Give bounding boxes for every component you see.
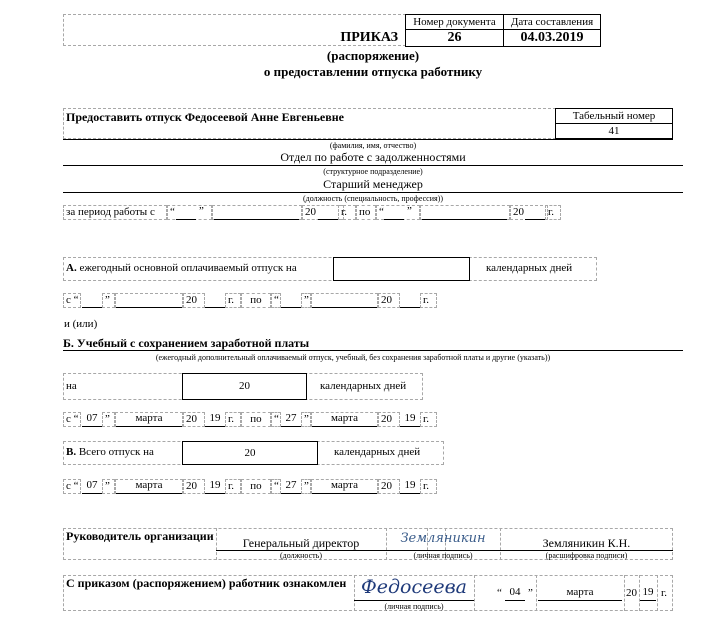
year-suffix: г. [338, 205, 356, 220]
quote-close: ” [102, 293, 115, 308]
section-b-on-label: на [66, 380, 77, 392]
year-suffix: г. [225, 412, 241, 427]
subtitle-order: (распоряжение) [63, 48, 683, 64]
page-title: ПРИКАЗ [250, 29, 398, 47]
year-suffix: г. [661, 587, 667, 599]
year-suffix: г. [420, 479, 437, 494]
divider [474, 575, 475, 611]
section-a-from-month[interactable] [116, 293, 182, 308]
year-prefix: 20 [305, 206, 316, 218]
section-a-label: А. ежегодный основной оплачиваемый отпус… [66, 262, 297, 274]
section-b-from-month[interactable]: марта [116, 412, 182, 427]
position: Старший менеджер [63, 177, 683, 193]
section-b-from-day[interactable]: 07 [82, 412, 102, 427]
section-a-days-label: календарных дней [486, 262, 572, 274]
quote-close: ” [199, 205, 204, 217]
divider [624, 575, 625, 611]
ack-month[interactable]: марта [538, 586, 622, 601]
year-suffix: г. [420, 412, 437, 427]
period-to-year[interactable] [525, 205, 545, 220]
section-b-days[interactable]: 20 [182, 373, 307, 400]
position-caption: (должность (специальность, профессия)) [63, 194, 683, 203]
year-prefix: 20 [378, 412, 400, 427]
director-signature: Земляникин [386, 530, 500, 551]
doc-number-label: Номер документа [405, 14, 504, 30]
section-v-to-year[interactable]: 19 [400, 479, 420, 494]
period-to-month[interactable] [422, 205, 507, 220]
year-prefix: 20 [183, 293, 205, 308]
quote-close: ” [528, 587, 533, 599]
section-a-from-label: с “ [63, 293, 81, 308]
section-v-from-year[interactable]: 19 [205, 479, 225, 494]
period-to-label: по [356, 205, 376, 220]
section-a-to-month[interactable] [312, 293, 377, 308]
section-v-from-label: с “ [63, 479, 81, 494]
quote-open: “ [271, 479, 281, 494]
ack-day[interactable]: 04 [505, 586, 525, 601]
subtitle-purpose: о предоставлении отпуска работнику [63, 64, 683, 80]
director-name-caption: (расшифровка подписи) [500, 551, 673, 560]
section-a-to-label: по [241, 293, 271, 308]
quote-open: “ [497, 587, 502, 599]
ack-label: С приказом (распоряжением) работник озна… [66, 576, 346, 591]
section-b-days-label: календарных дней [320, 380, 406, 392]
year-suffix: г. [225, 293, 241, 308]
section-a-days[interactable] [333, 257, 470, 281]
year-prefix: 20 [626, 587, 637, 599]
section-a-from-day[interactable] [82, 293, 102, 308]
year-prefix: 20 [378, 479, 400, 494]
quote-close: ” [301, 412, 311, 427]
year-prefix: 20 [378, 293, 400, 308]
period-from-month[interactable] [214, 205, 299, 220]
fio-line [63, 139, 673, 140]
doc-date: 04.03.2019 [503, 29, 601, 47]
doc-date-label: Дата составления [503, 14, 601, 30]
quote-close: ” [102, 412, 115, 427]
section-v-to-month[interactable]: марта [312, 479, 377, 494]
section-v-days-label: календарных дней [334, 446, 420, 458]
director-signature-caption: (личная подпись) [386, 551, 500, 560]
tab-number: 41 [555, 123, 673, 139]
divider [536, 575, 537, 611]
director-position-caption: (должность) [216, 551, 386, 560]
year-prefix: 20 [513, 206, 524, 218]
period-from-day[interactable] [176, 205, 196, 220]
section-b-to-label: по [241, 412, 271, 427]
period-to-day[interactable] [384, 205, 404, 220]
director-position: Генеральный директор [216, 535, 386, 551]
doc-number: 26 [405, 29, 504, 47]
employee-signature-caption: (личная подпись) [354, 602, 474, 611]
section-b-to-day[interactable]: 27 [281, 412, 301, 427]
section-v-from-month[interactable]: марта [116, 479, 182, 494]
fio-caption: (фамилия, имя, отчество) [63, 141, 683, 150]
quote-close: ” [301, 479, 311, 494]
section-b-to-month[interactable]: марта [312, 412, 377, 427]
year-suffix: г. [545, 205, 561, 220]
director-name: Земляникин К.Н. [500, 535, 673, 551]
section-v-to-label: по [241, 479, 271, 494]
section-v-days[interactable]: 20 [182, 441, 318, 465]
section-v-text: Всего отпуск на [79, 446, 154, 458]
section-v-to-day[interactable]: 27 [281, 479, 301, 494]
year-suffix: г. [420, 293, 437, 308]
year-suffix: г. [225, 479, 241, 494]
ack-year[interactable]: 19 [640, 586, 656, 601]
grant-text: Предоставить отпуск Федосеевой Анне Евге… [66, 110, 344, 125]
year-prefix: 20 [183, 479, 205, 494]
quote-close: ” [301, 293, 311, 308]
section-v-label: В. Всего отпуск на [66, 446, 154, 458]
section-v-letter: В. [66, 446, 76, 458]
department-caption: (структурное подразделение) [63, 167, 683, 176]
department: Отдел по работе с задолженностями [63, 150, 683, 166]
tab-number-label: Табельный номер [555, 108, 673, 124]
section-a-letter: А. [66, 262, 77, 274]
section-b-from-label: с “ [63, 412, 81, 427]
period-from-year[interactable] [318, 205, 338, 220]
or-label: и (или) [64, 318, 97, 330]
employee-signature: Федосеева [354, 575, 474, 601]
section-a-to-year[interactable] [400, 293, 420, 308]
section-b-from-year[interactable]: 19 [205, 412, 225, 427]
quote-close: ” [102, 479, 115, 494]
section-v-from-day[interactable]: 07 [82, 479, 102, 494]
quote-close: ” [407, 205, 412, 217]
divider [657, 575, 658, 611]
section-b-to-year[interactable]: 19 [400, 412, 420, 427]
quote-open: “ [170, 206, 175, 218]
section-a-text: ежегодный основной оплачиваемый отпуск н… [79, 262, 296, 274]
section-a-to-day[interactable] [281, 293, 301, 308]
period-label: за период работы с [63, 205, 167, 220]
section-b-title: Б. Учебный с сохранением заработной плат… [63, 336, 683, 351]
quote-open: “ [271, 293, 281, 308]
director-label: Руководитель организации [66, 529, 214, 544]
quote-open: “ [271, 412, 281, 427]
section-a-from-year[interactable] [205, 293, 225, 308]
section-b-caption: (ежегодный дополнительный оплачиваемый о… [63, 353, 643, 362]
year-prefix: 20 [183, 412, 205, 427]
